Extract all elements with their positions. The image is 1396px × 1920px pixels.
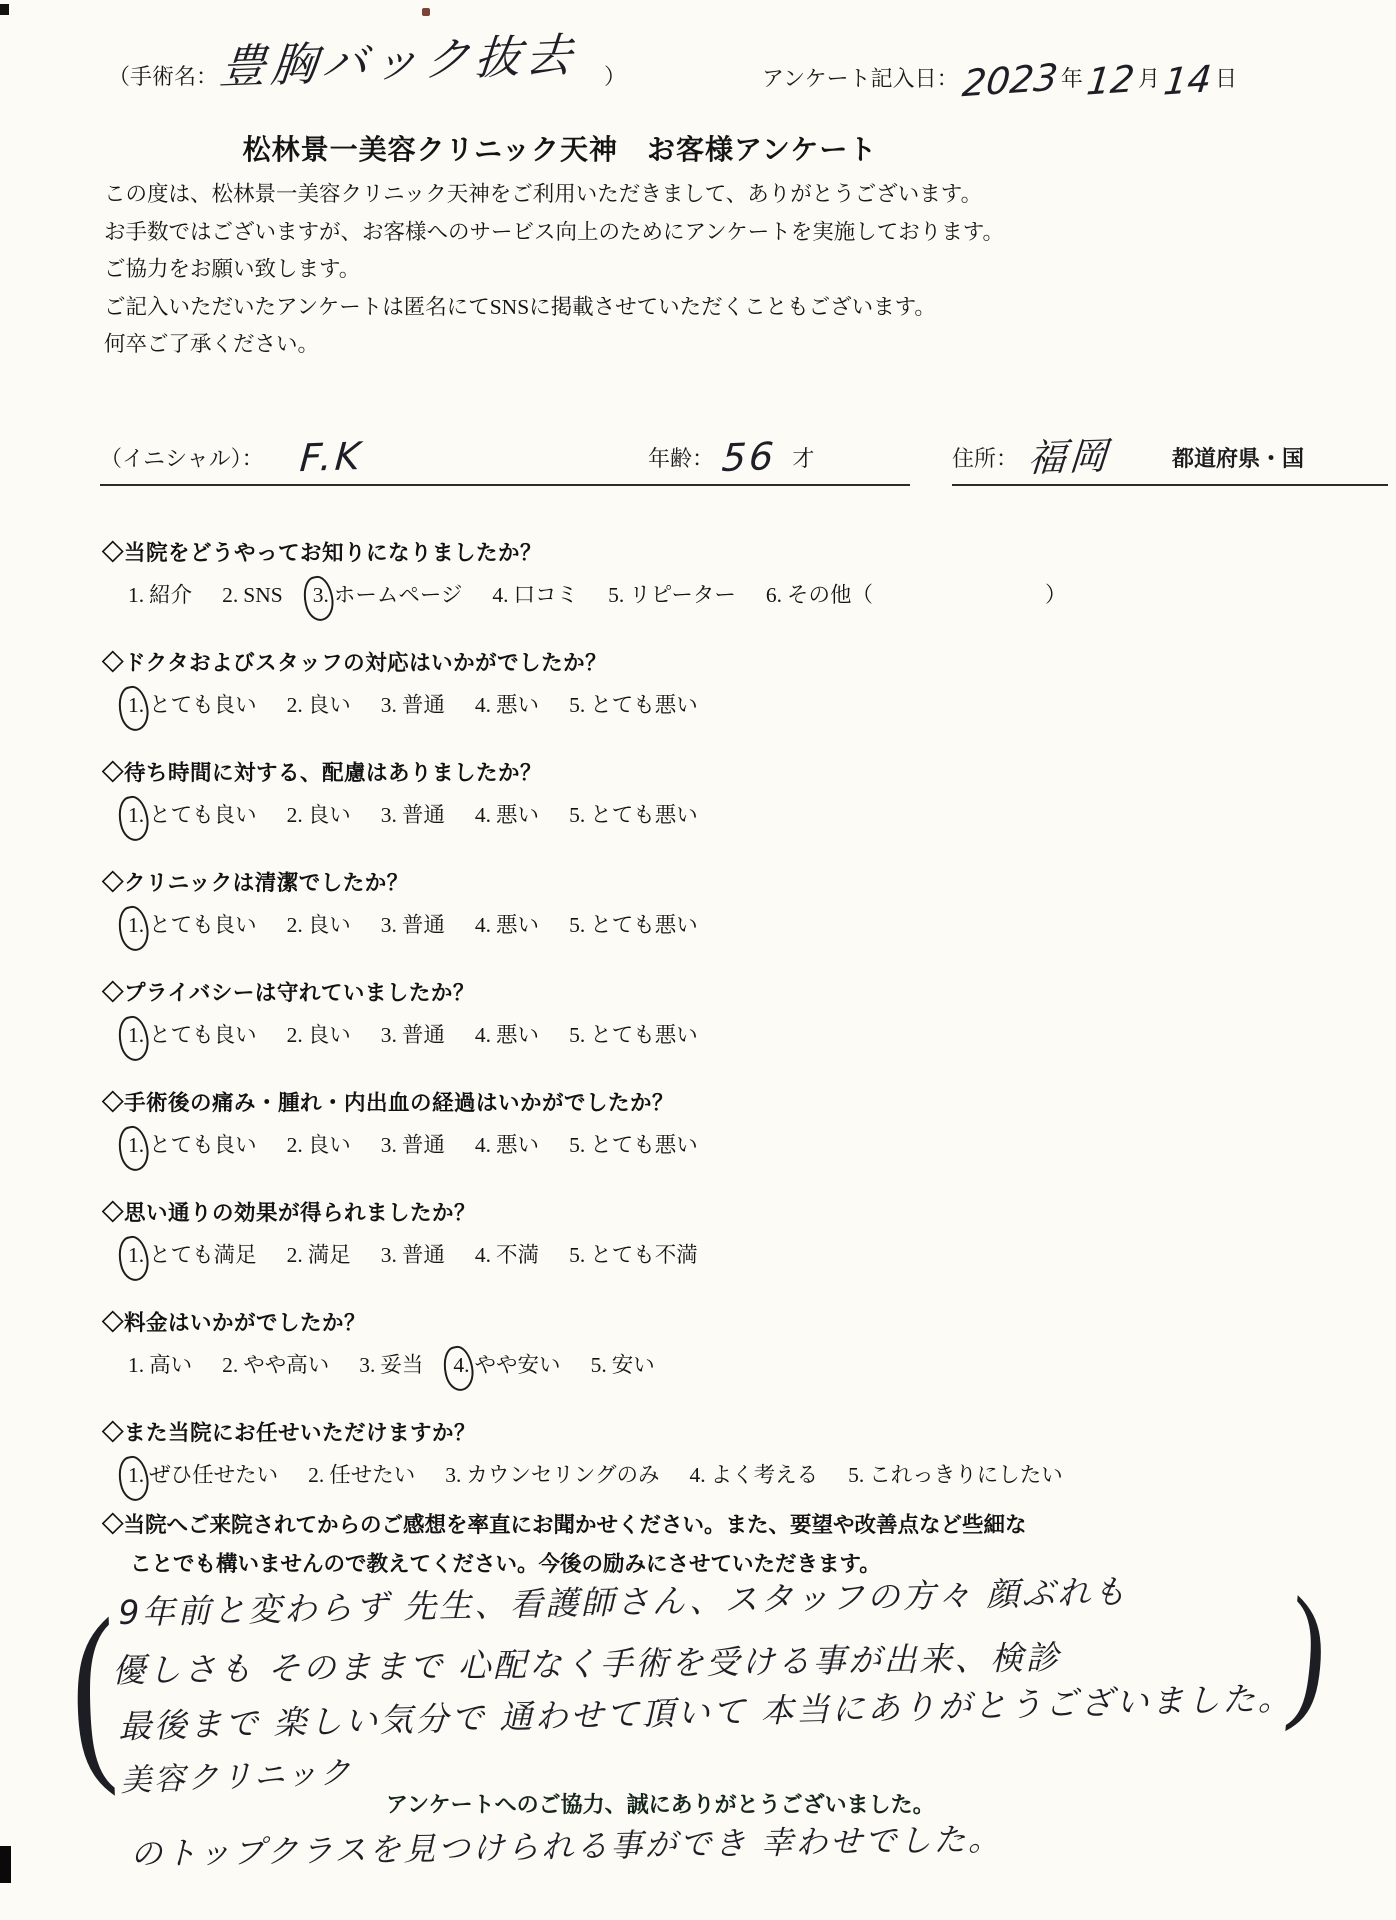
feedback-prompt: ◇当院へご来院されてからのご感想を率直にお聞かせください。また、要望や改善点など…: [102, 1506, 1027, 1584]
question-block: ◇手術後の痛み・腫れ・内出血の経過はいかがでしたか？1.とても良い2.良い3.普…: [102, 1086, 1394, 1196]
initial-handwritten-value: F.K: [298, 437, 364, 477]
question-title: ◇待ち時間に対する、配慮はありましたか？: [102, 756, 1394, 787]
questions-section: ◇当院をどうやってお知りになりましたか？1.紹介2.SNS3.ホームページ4.口…: [102, 536, 1394, 1526]
option-number: 5.: [569, 1243, 585, 1268]
surgery-name-handwritten-value: 豊胸バック抜去: [218, 32, 579, 91]
option: 2.任せたい: [308, 1463, 415, 1487]
option-label: 良い: [308, 1023, 351, 1047]
option-number: 2.: [287, 1133, 303, 1158]
region-label: 都道府県・国: [1172, 446, 1304, 471]
intro-paragraph: この度は、松林景一美容クリニック天神をご利用いただきまして、ありがとうございます…: [104, 176, 1004, 364]
option-number: 2.: [308, 1463, 324, 1488]
option: 1.とても良い: [128, 803, 257, 827]
day-unit: 日: [1215, 66, 1237, 91]
question-title: ◇また当院にお任せいただけますか？: [102, 1416, 1394, 1447]
option: 3.普通: [381, 1023, 445, 1047]
question-title: ◇プライバシーは守れていましたか？: [102, 976, 1394, 1007]
option-label: とても満足: [149, 1243, 257, 1267]
option-number: 3.: [445, 1463, 461, 1488]
option: 5.これっきりにしたい: [848, 1463, 1063, 1487]
option-number: 3.: [381, 1243, 397, 1268]
option-label: 普通: [402, 1133, 445, 1157]
survey-date-year-value: 2023: [960, 59, 1059, 102]
page-title: 松林景一美容クリニック天神 お客様アンケート: [0, 128, 1120, 168]
age-handwritten-value: 56: [721, 437, 778, 477]
question-block: ◇思い通りの効果が得られましたか？1.とても満足2.満足3.普通4.不満5.とて…: [102, 1196, 1394, 1306]
circled-answer-mark: 1.: [128, 1023, 144, 1048]
intro-line: 何卒ご了承ください。: [104, 326, 1004, 364]
option-label: リピーター: [629, 583, 736, 607]
option-number: 4.: [475, 803, 491, 828]
surgery-name-close-paren: ）: [604, 60, 626, 91]
survey-date-row: アンケート記入日：2023年12月14日: [762, 62, 1237, 99]
age-unit: 才: [792, 446, 814, 471]
option: 1.高い: [128, 1353, 192, 1377]
survey-date-label: アンケート記入日：: [762, 66, 959, 91]
question-options: 1.とても良い2.良い3.普通4.悪い5.とても悪い: [128, 1128, 1394, 1159]
option: 3.ホームページ: [313, 583, 463, 607]
option: 5.安い: [591, 1353, 655, 1377]
option: 4.悪い: [475, 693, 539, 717]
option-number: 5.: [608, 583, 624, 608]
address-label: 住所：: [952, 446, 1018, 471]
question-block: ◇料金はいかがでしたか？1.高い2.やや高い3.妥当4.やや安い5.安い: [102, 1306, 1394, 1416]
scan-artifact: [0, 4, 9, 15]
surgery-name-label: （手術名：: [108, 60, 218, 91]
feedback-prompt-line1: ◇当院へご来院されてからのご感想を率直にお聞かせください。また、要望や改善点など…: [102, 1506, 1027, 1545]
option-label: 良い: [308, 1133, 351, 1157]
handwritten-comment-line: 最後まで 楽しい気分で 通わせて頂いて 本当にありがとうございました。: [118, 1681, 1293, 1743]
option-number: 5.: [591, 1353, 607, 1378]
option-label: 悪い: [496, 803, 539, 827]
option-number: 2.: [287, 1243, 303, 1268]
option: 3.妥当: [359, 1353, 423, 1377]
option-label: カウンセリングのみ: [466, 1463, 659, 1487]
address-handwritten-value: 福岡: [1027, 437, 1112, 478]
option: 4.悪い: [475, 803, 539, 827]
option: 4.やや安い: [453, 1353, 560, 1377]
option: 5.とても悪い: [569, 1023, 698, 1047]
option: 1.とても良い: [128, 693, 257, 717]
question-block: ◇待ち時間に対する、配慮はありましたか？1.とても良い2.良い3.普通4.悪い5…: [102, 756, 1394, 866]
option: 4.悪い: [475, 1133, 539, 1157]
option-label: 悪い: [496, 1023, 539, 1047]
option-label: 紹介: [149, 583, 192, 607]
option-number: 5.: [569, 803, 585, 828]
question-options: 1.とても良い2.良い3.普通4.悪い5.とても悪い: [128, 798, 1394, 829]
option-label: とても良い: [149, 1023, 257, 1047]
option: 5.とても悪い: [569, 803, 698, 827]
circled-answer-mark: 1.: [128, 1243, 144, 1268]
option: 1.とても良い: [128, 1023, 257, 1047]
option: 2.良い: [287, 693, 351, 717]
intro-line: ご協力をお願い致します。: [104, 251, 1004, 289]
scanned-survey-page: （手術名： 豊胸バック抜去 ） アンケート記入日：2023年12月14日 松林景…: [0, 0, 1396, 1920]
option-number: 3.: [381, 1133, 397, 1158]
option-number: 4.: [475, 1023, 491, 1048]
option-label: 任せたい: [329, 1463, 415, 1487]
option: 3.普通: [381, 1133, 445, 1157]
option-number: 4.: [475, 1133, 491, 1158]
year-unit: 年: [1061, 66, 1083, 91]
option-label: とても良い: [149, 803, 257, 827]
option-number: 4.: [689, 1463, 705, 1488]
option-number: 3.: [381, 803, 397, 828]
circled-answer-mark: 3.: [313, 583, 329, 608]
option: 2.良い: [287, 1023, 351, 1047]
option-label: 口コミ: [514, 583, 579, 607]
option: 3.普通: [381, 1243, 445, 1267]
option-label: 普通: [402, 1023, 445, 1047]
option-label: 高い: [149, 1353, 192, 1377]
question-options: 1.とても良い2.良い3.普通4.悪い5.とても悪い: [128, 1018, 1394, 1049]
scan-artifact: [422, 8, 430, 16]
option: 2.良い: [287, 803, 351, 827]
question-title: ◇当院をどうやってお知りになりましたか？: [102, 536, 1394, 567]
option: 5.とても不満: [569, 1243, 698, 1267]
intro-line: お手数ではございますが、お客様へのサービス向上のためにアンケートを実施しておりま…: [104, 214, 1004, 252]
option: 1.とても良い: [128, 1133, 257, 1157]
option: 2.良い: [287, 913, 351, 937]
option-number: 2.: [287, 1023, 303, 1048]
option-label: 悪い: [496, 1133, 539, 1157]
option: 2.良い: [287, 1133, 351, 1157]
survey-date-day-value: 14: [1162, 60, 1213, 100]
option-label: これっきりにしたい: [869, 1463, 1063, 1487]
option-label: 満足: [308, 1243, 351, 1267]
option-label: ぜひ任せたい: [149, 1463, 278, 1487]
option-label: とても不満: [590, 1243, 698, 1267]
handwritten-open-paren: (: [68, 1589, 119, 1790]
option-label: やや高い: [243, 1353, 329, 1377]
option: 5.とても悪い: [569, 693, 698, 717]
option: 2.SNS: [222, 583, 283, 607]
question-block: ◇ドクタおよびスタッフの対応はいかがでしたか？1.とても良い2.良い3.普通4.…: [102, 646, 1394, 756]
handwritten-comment-line: 優しさも そのままで 心配なく手術を受ける事が出来、検診: [112, 1641, 1061, 1687]
option: 5.とても悪い: [569, 913, 698, 937]
intro-line: この度は、松林景一美容クリニック天神をご利用いただきまして、ありがとうございます…: [104, 176, 1004, 214]
option: 1.とても満足: [128, 1243, 257, 1267]
option-number: 2.: [222, 1353, 238, 1378]
option-label: 良い: [308, 693, 351, 717]
question-title: ◇ドクタおよびスタッフの対応はいかがでしたか？: [102, 646, 1394, 677]
handwritten-comment-line: 美容クリニック: [120, 1758, 354, 1797]
option-label: 普通: [402, 803, 445, 827]
option-number: 4.: [492, 583, 508, 608]
circled-answer-mark: 1.: [128, 1133, 144, 1158]
question-options: 1.高い2.やや高い3.妥当4.やや安い5.安い: [128, 1348, 1394, 1379]
question-options: 1.ぜひ任せたい2.任せたい3.カウンセリングのみ4.よく考える5.これっきりに…: [128, 1458, 1394, 1489]
option: 3.普通: [381, 803, 445, 827]
option: 2.やや高い: [222, 1353, 329, 1377]
option-label: 悪い: [496, 693, 539, 717]
option-number: 1.: [128, 1353, 144, 1378]
question-title: ◇クリニックは清潔でしたか？: [102, 866, 1394, 897]
option: 4.不満: [475, 1243, 539, 1267]
question-title: ◇手術後の痛み・腫れ・内出血の経過はいかがでしたか？: [102, 1086, 1394, 1117]
option-number: 2.: [287, 693, 303, 718]
option-number: 4.: [475, 693, 491, 718]
option-number: 4.: [475, 1243, 491, 1268]
option: 3.カウンセリングのみ: [445, 1463, 659, 1487]
question-options: 1.とても良い2.良い3.普通4.悪い5.とても悪い: [128, 688, 1394, 719]
option-number: 1.: [128, 583, 144, 608]
option-number: 5.: [569, 913, 585, 938]
option-label: とても悪い: [590, 1133, 698, 1157]
option: 4.悪い: [475, 1023, 539, 1047]
initial-label: （イニシャル）：: [100, 446, 264, 471]
option-label: 妥当: [380, 1353, 423, 1377]
option: 5.とても悪い: [569, 1133, 698, 1157]
option: 2.満足: [287, 1243, 351, 1267]
option-label: 安い: [612, 1353, 655, 1377]
option: 4.口コミ: [492, 583, 578, 607]
option-number: 4.: [475, 913, 491, 938]
option-number: 2.: [287, 803, 303, 828]
option: 4.悪い: [475, 913, 539, 937]
option-number: 2.: [287, 913, 303, 938]
option-number: 6.: [766, 583, 782, 608]
printed-thanks-line: アンケートへのご協力、誠にありがとうございました。: [386, 1788, 935, 1819]
option: 3.普通: [381, 693, 445, 717]
option-label: 普通: [402, 1243, 445, 1267]
option: 1.とても良い: [128, 913, 257, 937]
option-label: とても良い: [149, 913, 257, 937]
question-block: ◇当院をどうやってお知りになりましたか？1.紹介2.SNS3.ホームページ4.口…: [102, 536, 1394, 646]
option-label: ホームページ: [334, 583, 463, 607]
question-options: 1.とても良い2.良い3.普通4.悪い5.とても悪い: [128, 908, 1394, 939]
circled-answer-mark: 1.: [128, 913, 144, 938]
age-label: 年齢：: [648, 446, 714, 471]
option-label: とても悪い: [590, 803, 698, 827]
question-block: ◇プライバシーは守れていましたか？1.とても良い2.良い3.普通4.悪い5.とて…: [102, 976, 1394, 1086]
question-block: ◇クリニックは清潔でしたか？1.とても良い2.良い3.普通4.悪い5.とても悪い: [102, 866, 1394, 976]
option-number: 3.: [381, 1023, 397, 1048]
option-label: とても良い: [149, 693, 257, 717]
option-label: とても悪い: [590, 913, 698, 937]
option-number: 3.: [359, 1353, 375, 1378]
scan-artifact: [0, 1846, 11, 1883]
option-number: 5.: [848, 1463, 864, 1488]
option-number: 3.: [381, 693, 397, 718]
option: 6.その他（ ）: [766, 583, 1067, 607]
option-label: 普通: [402, 693, 445, 717]
option-number: 2.: [222, 583, 238, 608]
option-label: 不満: [496, 1243, 539, 1267]
option: 1.ぜひ任せたい: [128, 1463, 278, 1487]
option-label: 普通: [402, 913, 445, 937]
survey-date-month-value: 12: [1085, 60, 1136, 100]
question-options: 1.紹介2.SNS3.ホームページ4.口コミ5.リピーター6.その他（ ）: [128, 578, 1394, 609]
circled-answer-mark: 1.: [128, 803, 144, 828]
circled-answer-mark: 1.: [128, 693, 144, 718]
option-label: SNS: [243, 583, 282, 607]
question-title: ◇思い通りの効果が得られましたか？: [102, 1196, 1394, 1227]
circled-answer-mark: 1.: [128, 1463, 144, 1488]
option-label: 悪い: [496, 913, 539, 937]
option: 5.リピーター: [608, 583, 736, 607]
option-label: とても良い: [149, 1133, 257, 1157]
intro-line: ご記入いただいたアンケートは匿名にてSNSに掲載させていただくこともございます。: [104, 289, 1004, 327]
option-label: 良い: [308, 803, 351, 827]
option: 3.普通: [381, 913, 445, 937]
option-number: 5.: [569, 693, 585, 718]
option-label: とても悪い: [590, 693, 698, 717]
option-label: やや安い: [475, 1353, 561, 1377]
month-unit: 月: [1138, 66, 1160, 91]
option-number: 5.: [569, 1133, 585, 1158]
handwritten-comment-line: のトップクラスを見つけられる事ができ 幸わせでした。: [130, 1823, 1003, 1870]
option-label: その他（ ）: [787, 583, 1067, 607]
question-options: 1.とても満足2.満足3.普通4.不満5.とても不満: [128, 1238, 1394, 1269]
question-title: ◇料金はいかがでしたか？: [102, 1306, 1394, 1337]
option-label: 良い: [308, 913, 351, 937]
option-number: 3.: [381, 913, 397, 938]
option-label: よく考える: [711, 1463, 819, 1487]
option-label: とても悪い: [590, 1023, 698, 1047]
circled-answer-mark: 4.: [453, 1353, 469, 1378]
option: 1.紹介: [128, 583, 192, 607]
option-number: 5.: [569, 1023, 585, 1048]
option: 4.よく考える: [689, 1463, 818, 1487]
